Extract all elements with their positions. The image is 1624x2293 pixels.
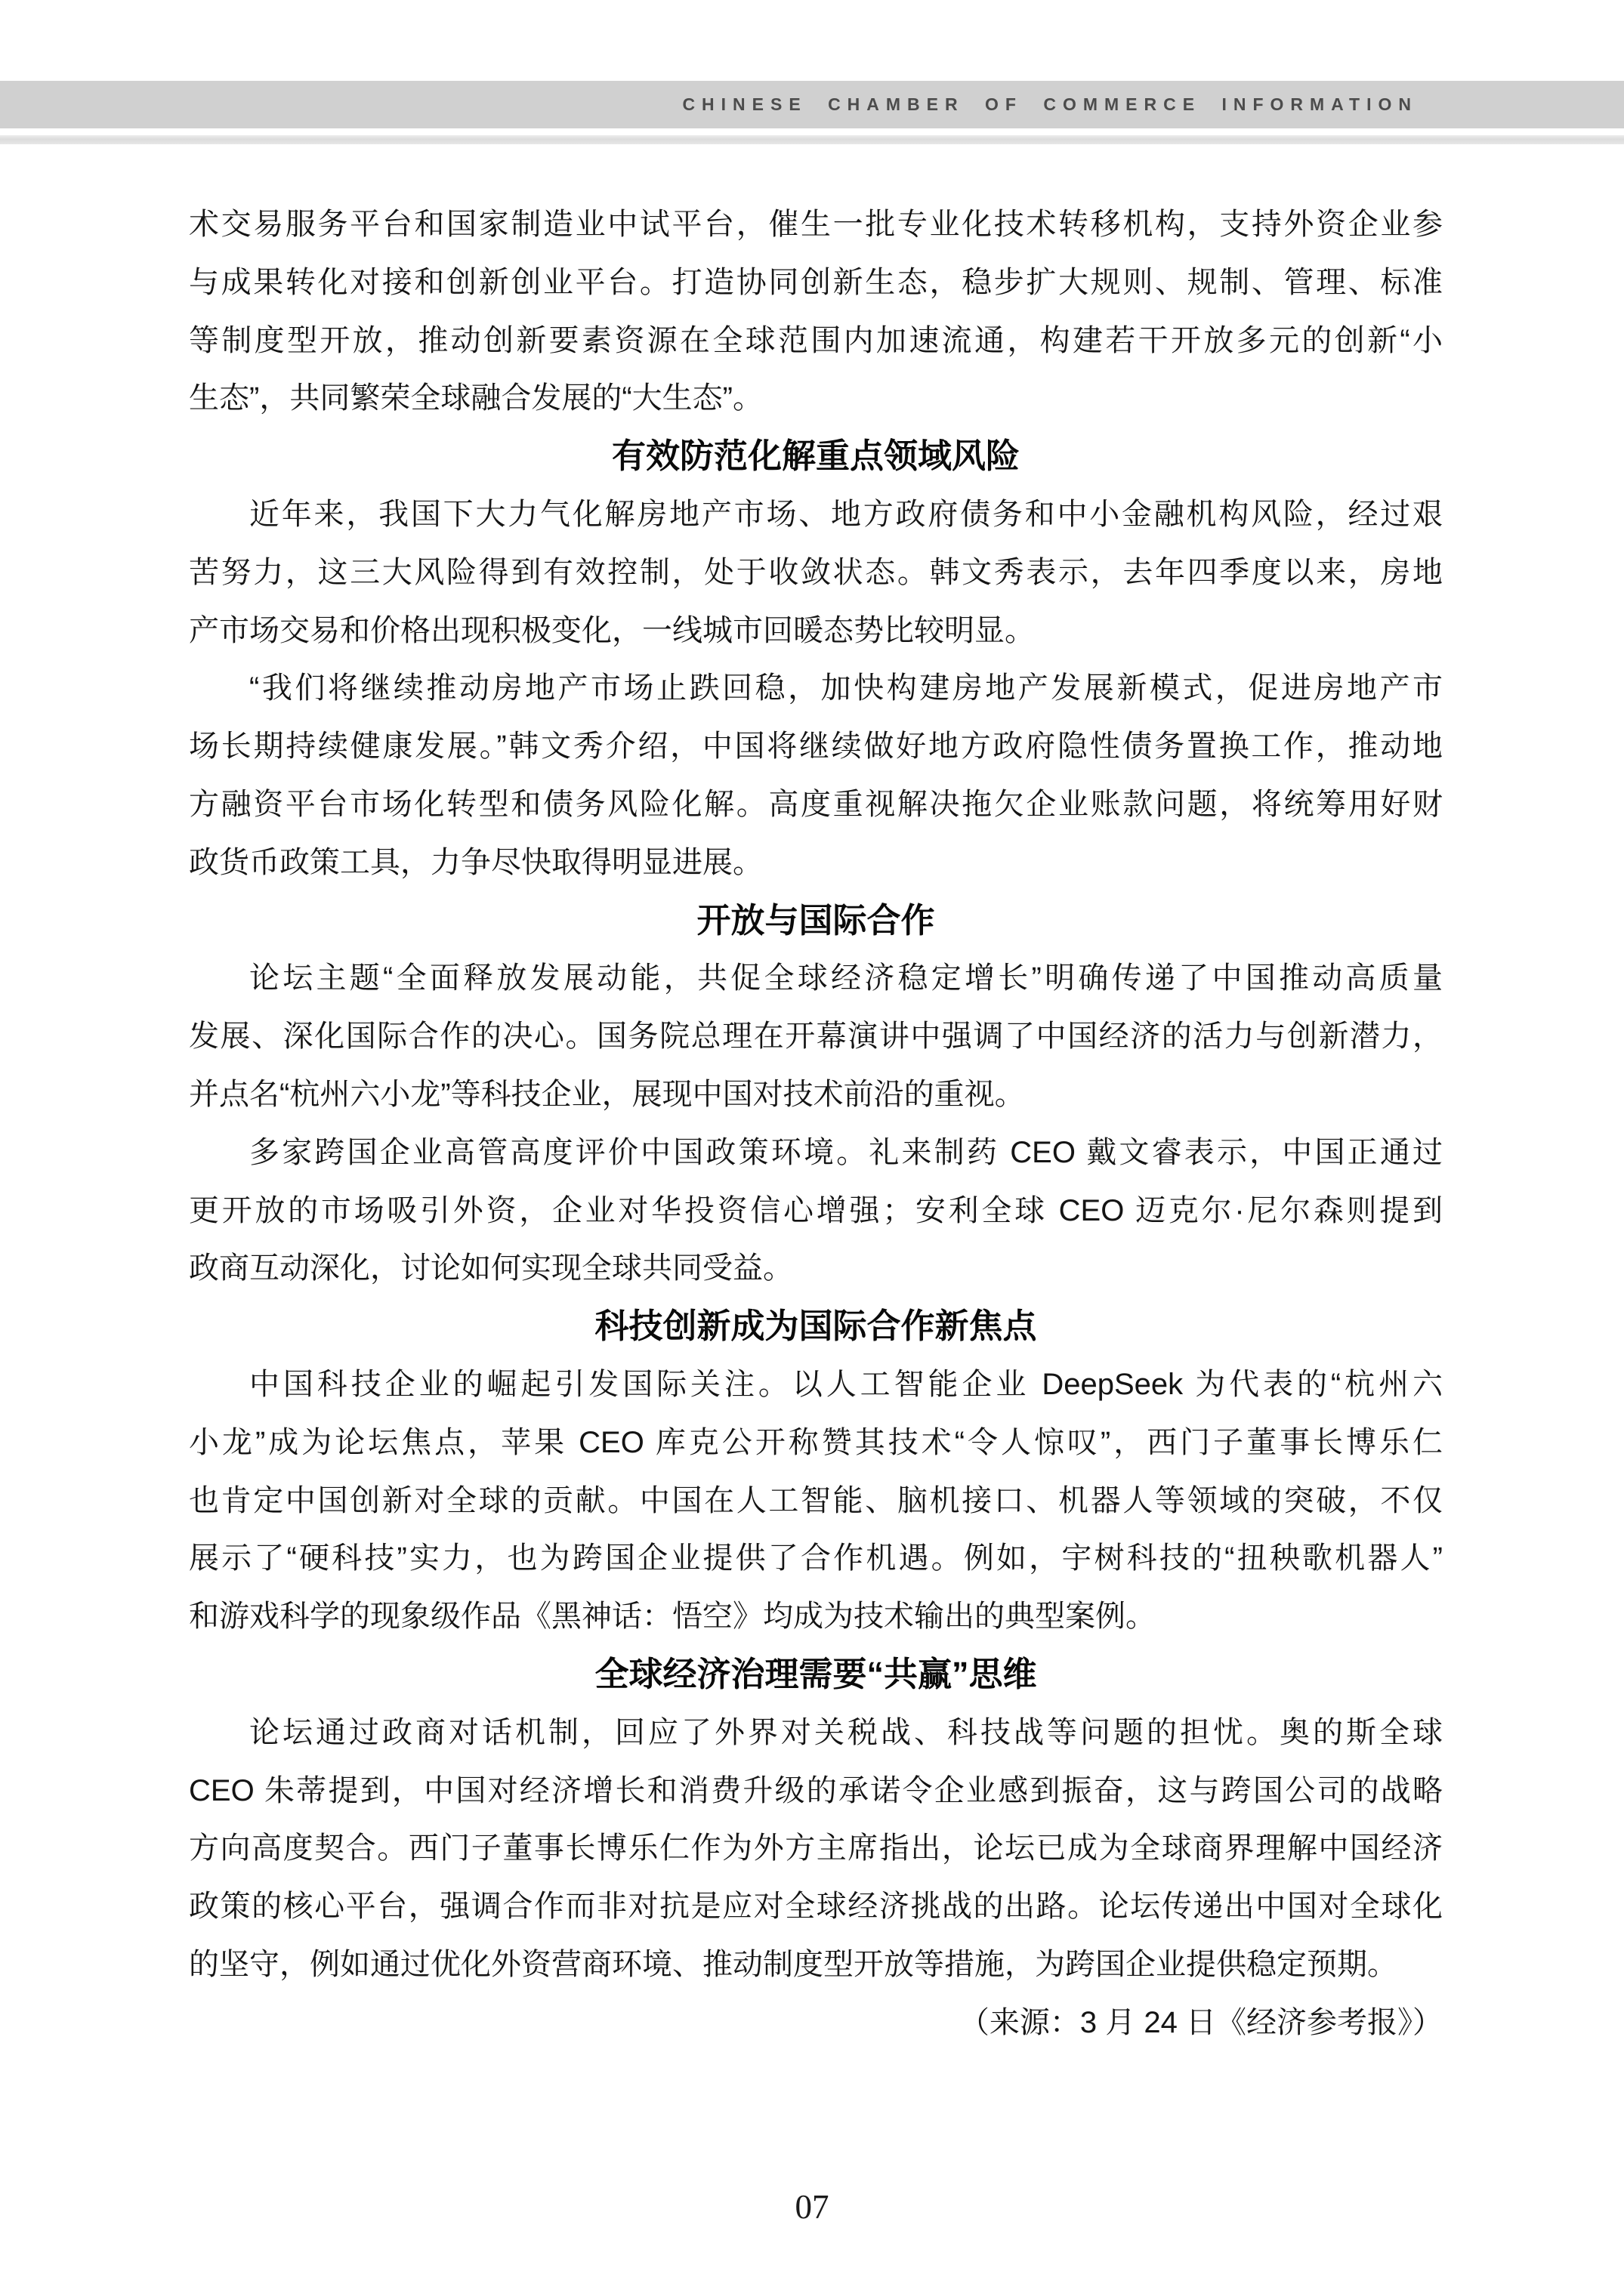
article-body: 术交易服务平台和国家制造业中试平台，催生一批专业化技术转移机构，支持外资企业参与… bbox=[189, 196, 1443, 2052]
text-line: “我们将继续推动房地产市场止跌回稳，加快构建房地产发展新模式，促进房地产市 bbox=[189, 659, 1443, 718]
text-line: 苦努力，这三大风险得到有效控制，处于收敛状态。韩文秀表示，去年四季度以来，房地 bbox=[189, 544, 1443, 602]
text-line: 发展、深化国际合作的决心。国务院总理在开幕演讲中强调了中国经济的活力与创新潜力， bbox=[189, 1008, 1443, 1066]
section-heading: 科技创新成为国际合作新焦点 bbox=[189, 1298, 1443, 1356]
text-line: 的坚守，例如通过优化外资营商环境、推动制度型开放等措施，为跨国企业提供稳定预期。 bbox=[189, 1936, 1443, 1994]
text-line: 政策的核心平台，强调合作而非对抗是应对全球经济挑战的出路。论坛传递出中国对全球化 bbox=[189, 1878, 1443, 1936]
banner-title: CHINESE CHAMBER OF COMMERCE INFORMATION bbox=[682, 81, 1418, 128]
text-line: 更开放的市场吸引外资，企业对华投资信心增强；安利全球 CEO 迈克尔·尼尔森则提… bbox=[189, 1182, 1443, 1240]
text-line: 多家跨国企业高管高度评价中国政策环境。礼来制药 CEO 戴文睿表示，中国正通过 bbox=[189, 1124, 1443, 1182]
section-heading: 有效防范化解重点领域风险 bbox=[189, 427, 1443, 486]
text-line: 论坛通过政商对话机制，回应了外界对关税战、科技战等问题的担忧。奥的斯全球 bbox=[189, 1704, 1443, 1762]
header-banner: CHINESE CHAMBER OF COMMERCE INFORMATION bbox=[0, 81, 1624, 128]
text-line: 场长期持续健康发展。”韩文秀介绍，中国将继续做好地方政府隐性债务置换工作，推动地 bbox=[189, 718, 1443, 776]
text-line: 近年来，我国下大力气化解房地产市场、地方政府债务和中小金融机构风险，经过艰 bbox=[189, 486, 1443, 544]
text-line: 政商互动深化，讨论如何实现全球共同受益。 bbox=[189, 1239, 1443, 1298]
text-line: 等制度型开放，推动创新要素资源在全球范围内加速流通，构建若干开放多元的创新“小 bbox=[189, 312, 1443, 370]
section-heading: 开放与国际合作 bbox=[189, 892, 1443, 950]
page-number: 07 bbox=[0, 2187, 1624, 2227]
text-line: 方向高度契合。西门子董事长博乐仁作为外方主席指出，论坛已成为全球商界理解中国经济 bbox=[189, 1819, 1443, 1878]
text-line: 中国科技企业的崛起引发国际关注。以人工智能企业 DeepSeek 为代表的“杭州… bbox=[189, 1356, 1443, 1414]
text-line: 政货币政策工具，力争尽快取得明显进展。 bbox=[189, 834, 1443, 892]
text-line: 论坛主题“全面释放发展动能，共促全球经济稳定增长”明确传递了中国推动高质量 bbox=[189, 949, 1443, 1008]
text-line: 术交易服务平台和国家制造业中试平台，催生一批专业化技术转移机构，支持外资企业参 bbox=[189, 196, 1443, 254]
text-line: 产市场交易和价格出现积极变化，一线城市回暖态势比较明显。 bbox=[189, 602, 1443, 660]
text-line: 生态”，共同繁荣全球融合发展的“大生态”。 bbox=[189, 369, 1443, 427]
text-line: 方融资平台市场化转型和债务风险化解。高度重视解决拖欠企业账款问题，将统筹用好财 bbox=[189, 776, 1443, 834]
text-line: 展示了“硬科技”实力，也为跨国企业提供了合作机遇。例如，宇树科技的“扭秧歌机器人… bbox=[189, 1529, 1443, 1588]
text-line: CEO 朱蒂提到，中国对经济增长和消费升级的承诺令企业感到振奋，这与跨国公司的战… bbox=[189, 1762, 1443, 1820]
header-banner-strip bbox=[0, 135, 1624, 144]
text-line: 小龙”成为论坛焦点，苹果 CEO 库克公开称赞其技术“令人惊叹”，西门子董事长博… bbox=[189, 1414, 1443, 1472]
text-line: 也肯定中国创新对全球的贡献。中国在人工智能、脑机接口、机器人等领域的突破，不仅 bbox=[189, 1472, 1443, 1530]
text-line: 和游戏科学的现象级作品《黑神话：悟空》均成为技术输出的典型案例。 bbox=[189, 1588, 1443, 1646]
section-heading: 全球经济治理需要“共赢”思维 bbox=[189, 1646, 1443, 1704]
source-line: （来源：3 月 24 日《经济参考报》） bbox=[189, 1994, 1443, 2052]
text-line: 与成果转化对接和创新创业平台。打造协同创新生态，稳步扩大规则、规制、管理、标准 bbox=[189, 254, 1443, 312]
text-line: 并点名“杭州六小龙”等科技企业，展现中国对技术前沿的重视。 bbox=[189, 1066, 1443, 1124]
